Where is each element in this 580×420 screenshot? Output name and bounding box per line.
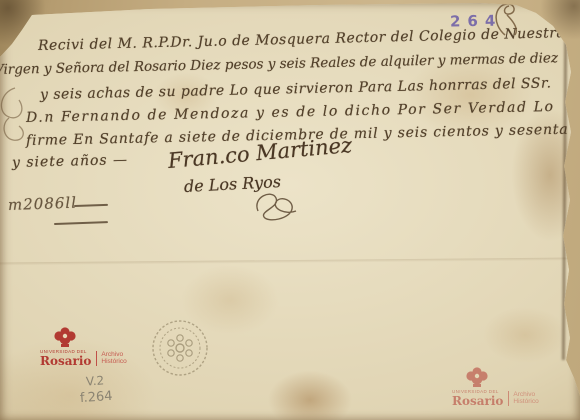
rosario-crest-icon: [52, 326, 78, 350]
logo-archivo-text: Archivo: [513, 391, 538, 398]
pen-stroke: [54, 221, 108, 225]
manuscript-line: y siete años —: [12, 152, 128, 171]
manuscript-line: y seis achas de su padre Lo que sirviero…: [40, 75, 552, 103]
rosario-archive-logo: UNIVERSIDAD DEL Rosario Archivo Históric…: [40, 326, 150, 368]
ink-flourish-icon: [491, 1, 533, 39]
logo-historico-text: Histórico: [513, 398, 538, 405]
margin-inventory-note: m2086ll: [8, 194, 78, 214]
circular-seal: [150, 318, 210, 378]
logo-historico-text: Histórico: [101, 358, 126, 365]
logo-divider: [96, 351, 97, 366]
logo-rosario-text: Rosario: [40, 355, 91, 367]
margin-doodle: [0, 84, 33, 146]
logo-archivo-text: Archivo: [101, 351, 126, 358]
pencil-folio-note: f.264: [80, 389, 114, 406]
manuscript-line: D.n Fernando de Mendoza y es de lo dicho…: [26, 99, 555, 126]
manuscript-paper: Recivi del M. R.P.Dr. Ju.o de Mosquera R…: [0, 0, 580, 420]
logo-rosario-text: Rosario: [452, 395, 503, 407]
rosario-archive-logo-faded: UNIVERSIDAD DEL Rosario Archivo Históric…: [452, 366, 562, 408]
torn-edge: [562, 40, 567, 360]
scanned-document-page: Recivi del M. R.P.Dr. Ju.o de Mosquera R…: [0, 0, 580, 420]
pen-stroke: [74, 204, 108, 207]
rosario-crest-icon: [464, 366, 490, 390]
signature-rubric: [250, 185, 302, 221]
logo-divider: [508, 391, 509, 406]
manuscript-line: Virgen y Señora del Rosario Diez pesos y…: [0, 50, 558, 78]
paper-crease: [0, 257, 580, 265]
pencil-volume-note: V.2: [86, 373, 105, 388]
